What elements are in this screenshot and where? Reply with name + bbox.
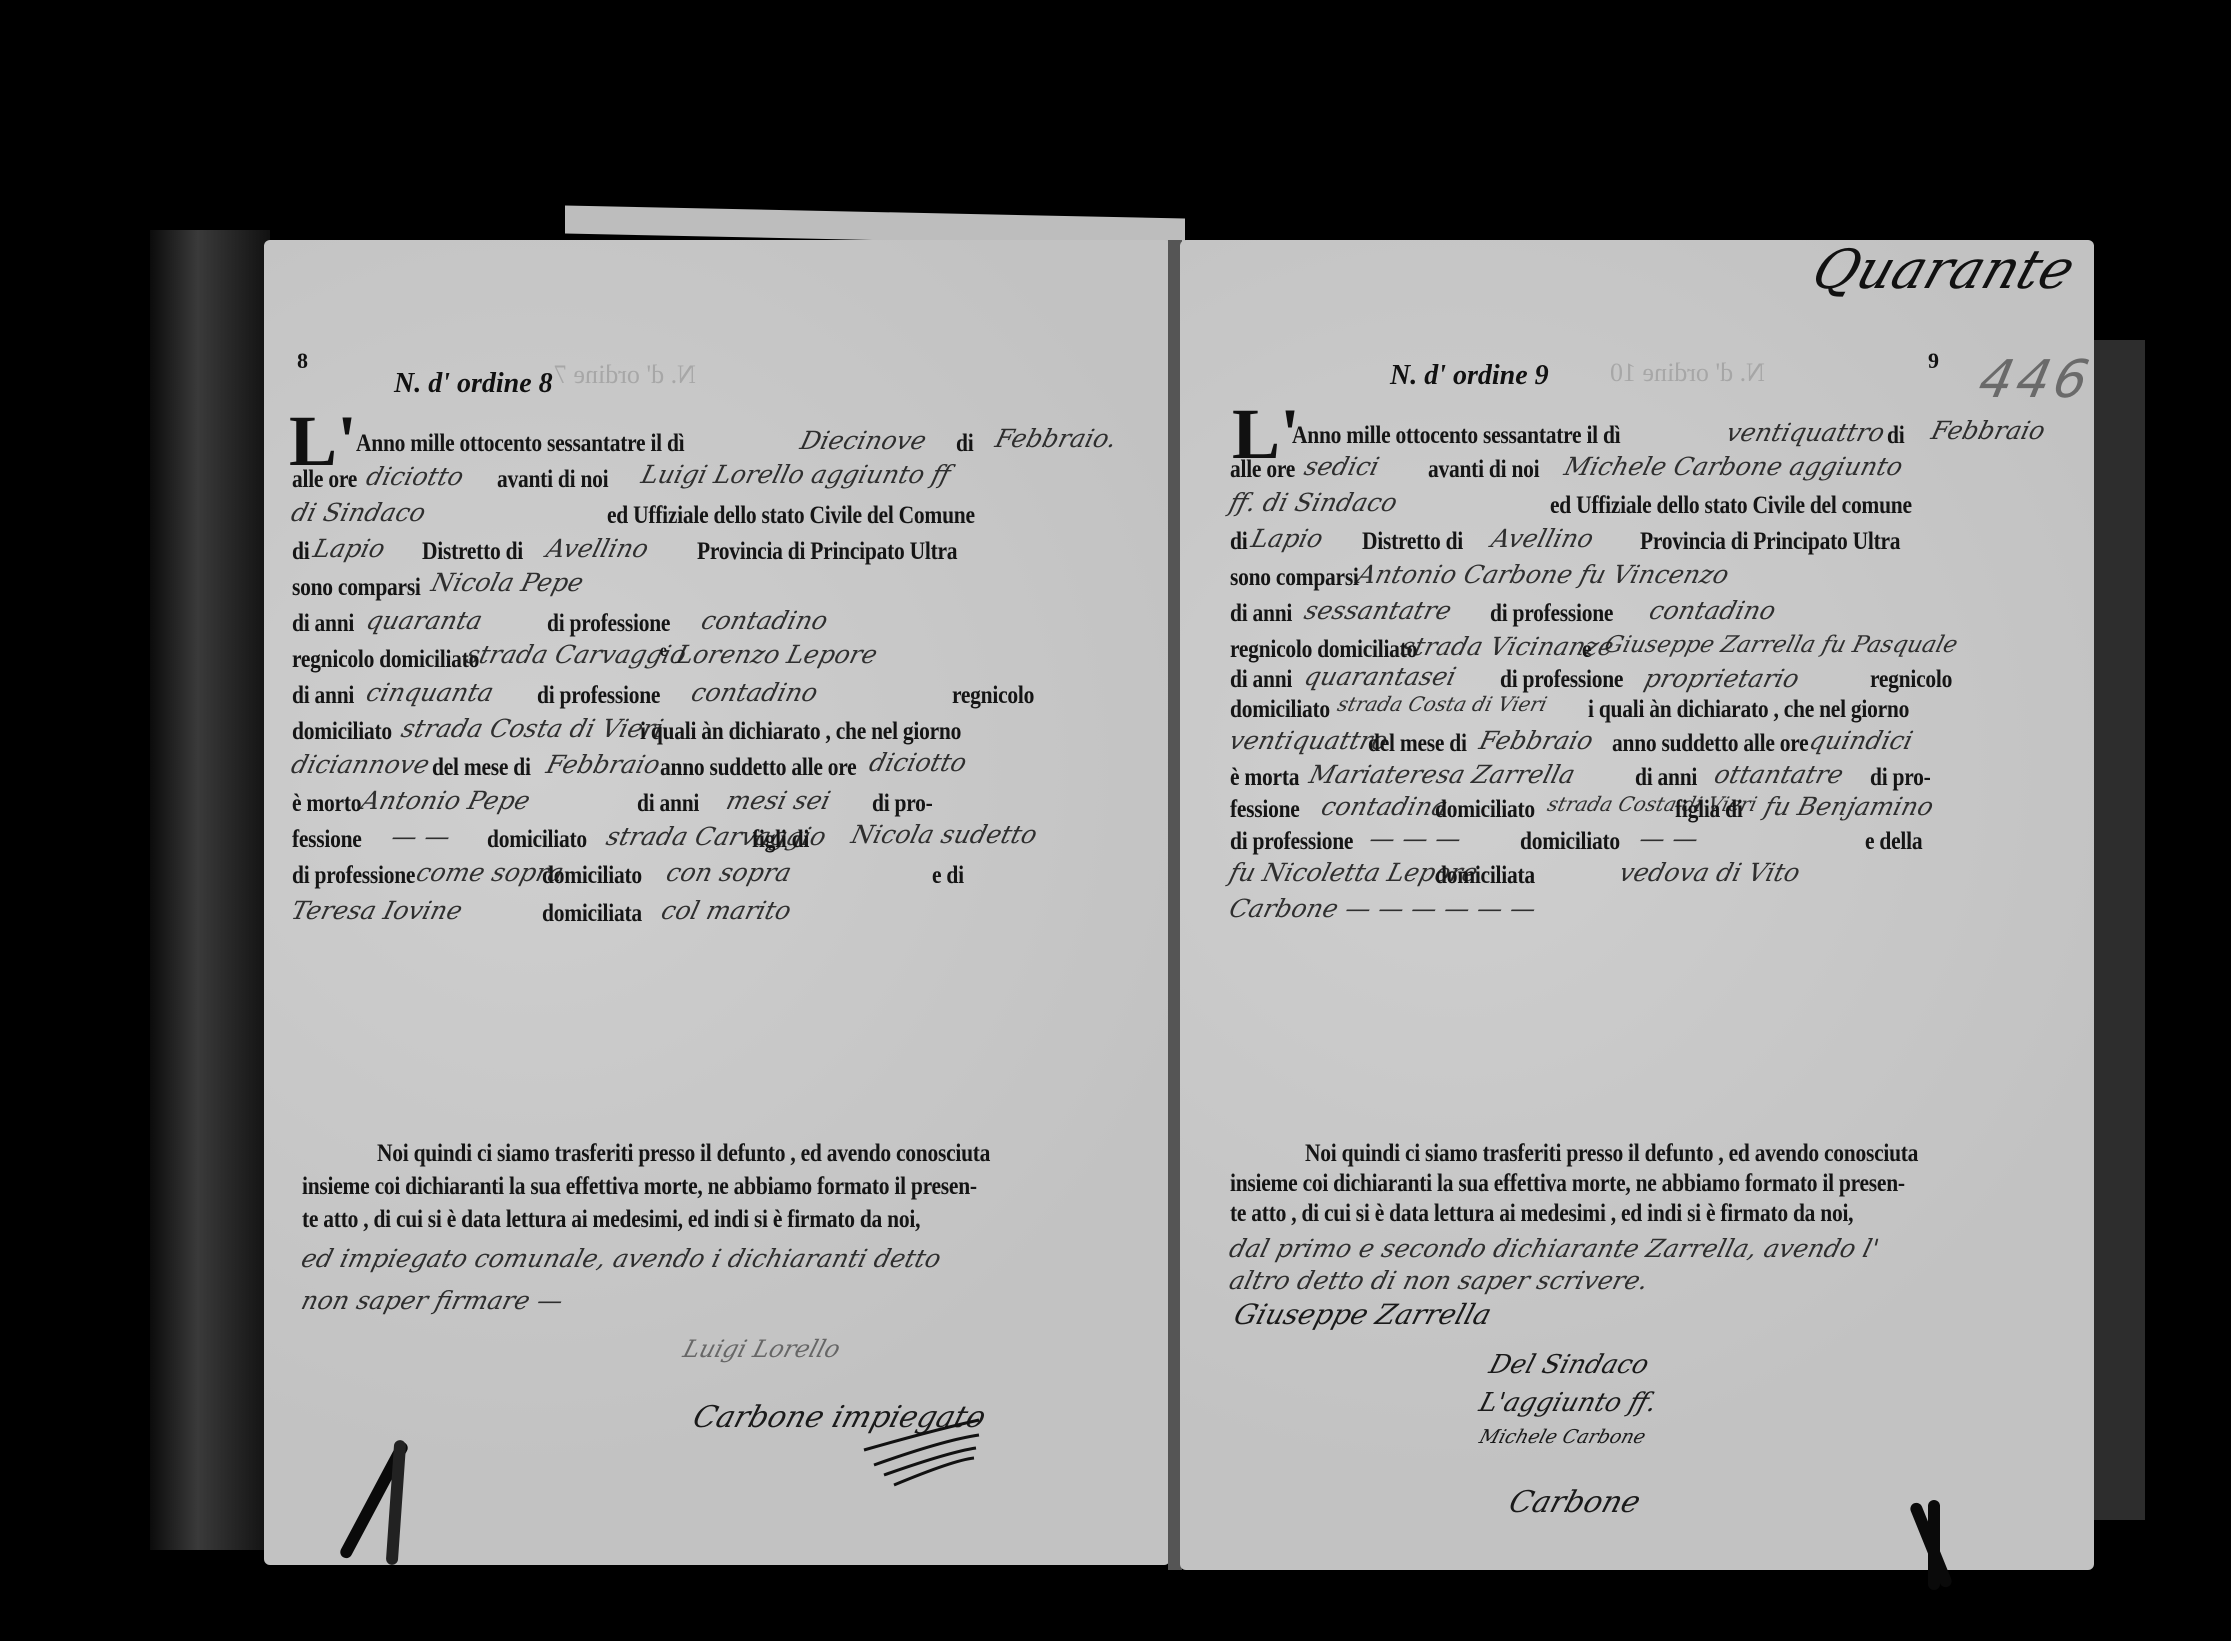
bleedthrough-text: N. d' ordine 7 — [554, 360, 696, 390]
order-number: N. d' ordine 8 — [394, 368, 553, 400]
signature-flourish — [854, 1410, 984, 1490]
archive-folio-number: 446 — [1974, 350, 2098, 410]
page-clip-right-post — [1928, 1500, 1940, 1590]
bleedthrough-text: N. d' ordine 10 — [1610, 358, 1765, 388]
signature-aggiunto: L'aggiunto ff. — [1476, 1388, 1661, 1418]
right-page: Quarante 9 446 N. d' ordine 9 N. d' ordi… — [1180, 240, 2094, 1570]
signature-officer: Luigi Lorello — [680, 1335, 844, 1363]
order-number: N. d' ordine 9 — [1390, 360, 1549, 392]
signature-declarant: Giuseppe Zarrella — [1230, 1298, 1495, 1331]
page-number: 9 — [1928, 348, 1939, 374]
signature-officer-name: Michele Carbone — [1477, 1426, 1648, 1448]
left-page: 8 N. d' ordine 8 N. d' ordine 7 L' Anno … — [264, 240, 1170, 1565]
signature-clerk: Carbone — [1505, 1485, 1645, 1520]
right-page-stack-edge — [2085, 340, 2145, 1520]
left-binding-edge — [150, 230, 270, 1550]
signature-del-sindaco: Del Sindaco — [1486, 1350, 1653, 1380]
top-margin-signature: Quarante — [1805, 238, 2083, 301]
page-number: 8 — [297, 348, 308, 374]
